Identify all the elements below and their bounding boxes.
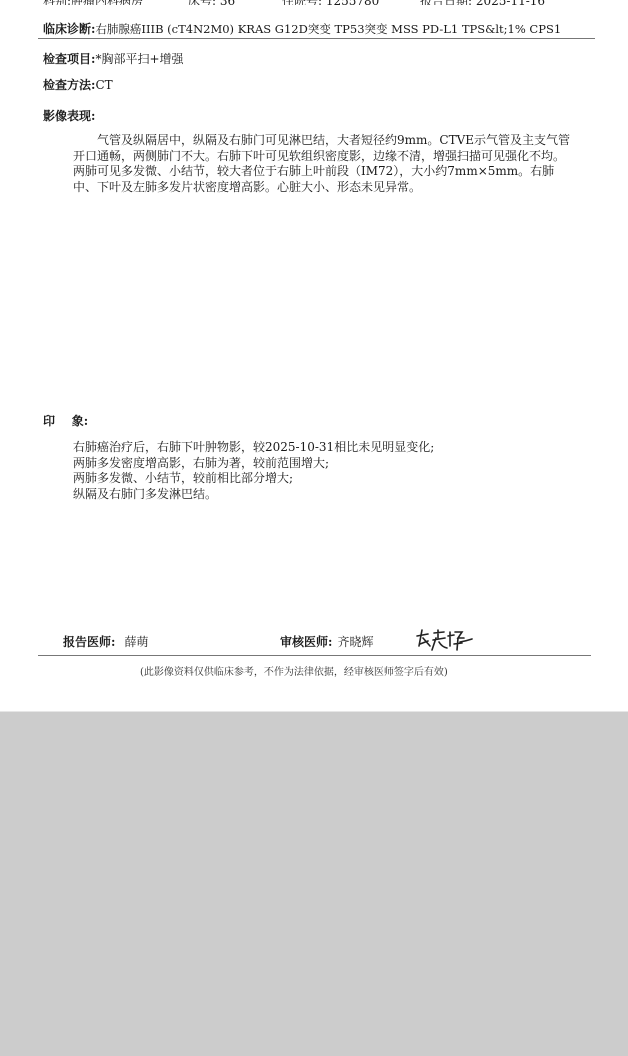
impression-list: 右肺癌治疗后，右肺下叶肿物影，较2025-10-31相比未见明显变化; 两肺多发…	[73, 440, 573, 502]
diagnosis-value: 右肺腺癌IIIB (cT4N2M0) KRAS G12D突变 TP53突变 MS…	[95, 22, 561, 36]
findings-text: 气管及纵隔居中，纵隔及右肺门可见淋巴结，大者短径约9mm。CTVE示气管及主支气…	[73, 133, 573, 195]
handwritten-signature-icon	[414, 624, 474, 654]
exam-item-label: 检查项目:	[43, 52, 95, 66]
footer-divider	[38, 655, 591, 656]
bed-number: 床号: 36	[188, 0, 235, 5]
clinical-diagnosis: 临床诊断:右肺腺癌IIIB (cT4N2M0) KRAS G12D突变 TP53…	[43, 18, 561, 37]
viewer-background	[0, 712, 628, 1056]
impression-line: 两肺多发微、小结节，较前相比部分增大;	[73, 471, 573, 487]
findings-heading: 影像表现:	[43, 107, 95, 124]
admission-number: 住院号: 1255780	[282, 0, 379, 5]
reporting-physician: 报告医师: 薛萌	[63, 631, 149, 650]
disclaimer: (此影像资料仅供临床参考，不作为法律依据，经审核医师签字后有效)	[140, 663, 448, 678]
reviewing-physician: 审核医师: 齐晓辉	[280, 631, 374, 650]
diagnosis-label: 临床诊断:	[43, 22, 95, 36]
impression-line: 两肺多发密度增高影，右肺为著，较前范围增大;	[73, 456, 573, 472]
exam-method-label: 检查方法:	[43, 78, 95, 92]
report-page: 科别:肿瘤内科病房 床号: 36 住院号: 1255780 报告日期: 2025…	[0, 0, 628, 712]
header-divider	[38, 38, 595, 39]
reviewer-label: 审核医师:	[280, 635, 332, 649]
impression-heading: 印 象:	[43, 412, 88, 429]
impression-line: 纵隔及右肺门多发淋巴结。	[73, 487, 573, 503]
reviewer-name: 齐晓辉	[338, 635, 374, 649]
patient-info-row: 科别:肿瘤内科病房 床号: 36 住院号: 1255780 报告日期: 2025…	[0, 0, 628, 5]
exam-method-value: CT	[95, 78, 112, 92]
exam-method: 检查方法:CT	[43, 74, 113, 93]
report-date: 报告日期: 2025-11-16	[420, 0, 545, 5]
impression-line: 右肺癌治疗后，右肺下叶肿物影，较2025-10-31相比未见明显变化;	[73, 440, 573, 456]
reporter-label: 报告医师:	[63, 635, 115, 649]
exam-item-value: *胸部平扫+增强	[95, 52, 183, 66]
department: 科别:肿瘤内科病房	[43, 0, 143, 5]
reporter-name: 薛萌	[125, 635, 149, 649]
exam-item: 检查项目:*胸部平扫+增强	[43, 48, 184, 67]
